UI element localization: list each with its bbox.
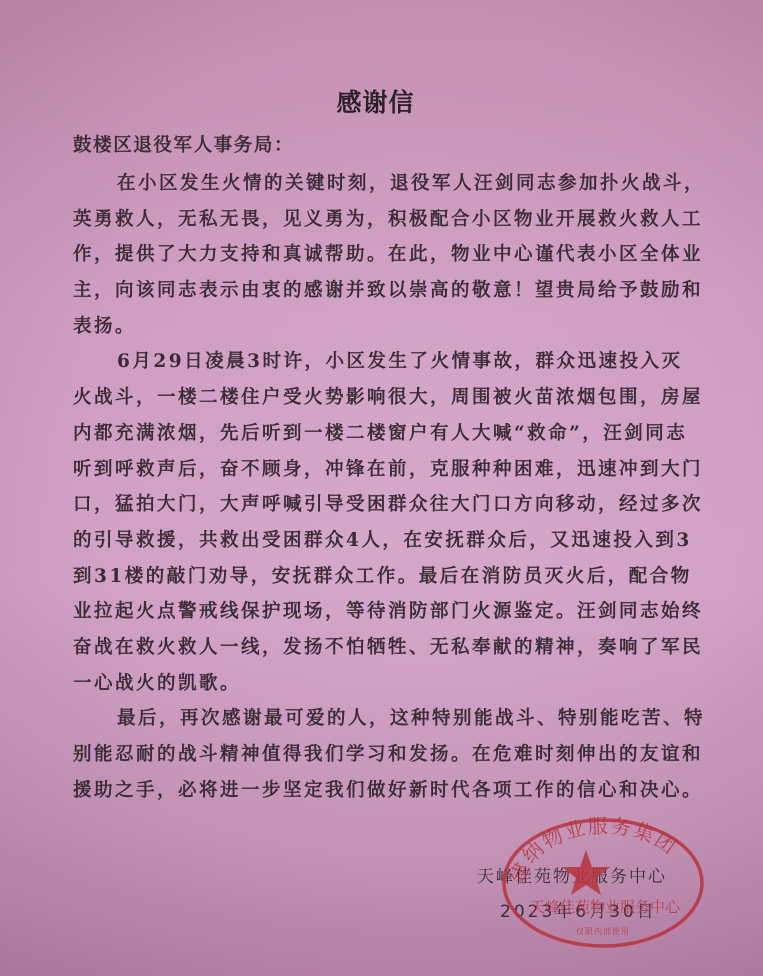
paragraph-line: 援助之手，必将进一步坚定我们做好新时代各项工作的信心和决心。 (73, 773, 678, 809)
paragraph-line: 英勇救人，无私无畏，见义勇为，积极配合小区物业开展救火救人工 (73, 202, 678, 238)
paragraph-line: 的引导救援，共救出受困群众4人，在安抚群众后，又迅速投入到3 (73, 523, 678, 559)
paragraph-line: 奋战在救火救人一线，发扬不怕牺牲、无私奉献的精神，奏响了军民 (73, 630, 678, 666)
paragraph-line: 6月29日凌晨3时许，小区发生了火情事故，群众迅速投入灭 (73, 344, 678, 380)
letter-title: 感谢信 (73, 83, 678, 119)
paragraph-line: 口，猛拍大门，大声呼喊引导受困群众往大门口方向移动，经过多次 (73, 487, 678, 523)
paragraph-line: 在小区发生火情的关键时刻，退役军人汪剑同志参加扑火战斗， (73, 166, 678, 202)
paragraph-line: 火战斗，一楼二楼住户受火势影响很大，周围被火苗浓烟包围，房屋 (73, 380, 678, 416)
paragraph-line: 最后，再次感谢最可爱的人，这种特别能战斗、特别能吃苦、特 (73, 701, 678, 737)
paragraph-line: 一心战火的凯歌。 (73, 666, 678, 702)
seal-bottom-text: 仅限内部使用 (576, 926, 630, 936)
paragraph-line: 表扬。 (73, 309, 678, 345)
paragraph-3: 最后，再次感谢最可爱的人，这种特别能战斗、特别能吃苦、特 别能忍耐的战斗精神值得… (73, 701, 678, 808)
paragraph-2: 6月29日凌晨3时许，小区发生了火情事故，群众迅速投入灭 火战斗，一楼二楼住户受… (73, 344, 678, 701)
paragraph-line: 主，向该同志表示由衷的感谢并致以崇高的敬意！望贵局给予鼓励和 (73, 273, 678, 309)
paragraph-line: 业拉起火点警戒线保护现场，等待消防部门火源鉴定。汪剑同志始终 (73, 594, 678, 630)
letter-addressee: 鼓楼区退役军人事务局： (73, 131, 294, 157)
paragraph-line: 内都充满浓烟，先后听到一楼二楼窗户有人大喊“救命”，汪剑同志 (73, 416, 678, 452)
paragraph-line: 作，提供了大力支持和真诚帮助。在此，物业中心谨代表小区全体业 (73, 237, 678, 273)
signature-organization: 天峰佳苑物业服务中心 (477, 862, 667, 887)
paragraph-1: 在小区发生火情的关键时刻，退役军人汪剑同志参加扑火战斗， 英勇救人，无私无畏，见… (73, 166, 678, 344)
signature-date: 2023年6月30日 (500, 897, 657, 922)
paragraph-line: 别能忍耐的战斗精神值得我们学习和发扬。在危难时刻伸出的友谊和 (73, 737, 678, 773)
paragraph-line: 听到呼救声后，奋不顾身，冲锋在前，克服种种困难，迅速冲到大门 (73, 452, 678, 488)
paragraph-line: 到31楼的敲门劝导，安抚群众工作。最后在消防员灭火后，配合物 (73, 559, 678, 595)
letter-body: 在小区发生火情的关键时刻，退役军人汪剑同志参加扑火战斗， 英勇救人，无私无畏，见… (73, 166, 678, 808)
